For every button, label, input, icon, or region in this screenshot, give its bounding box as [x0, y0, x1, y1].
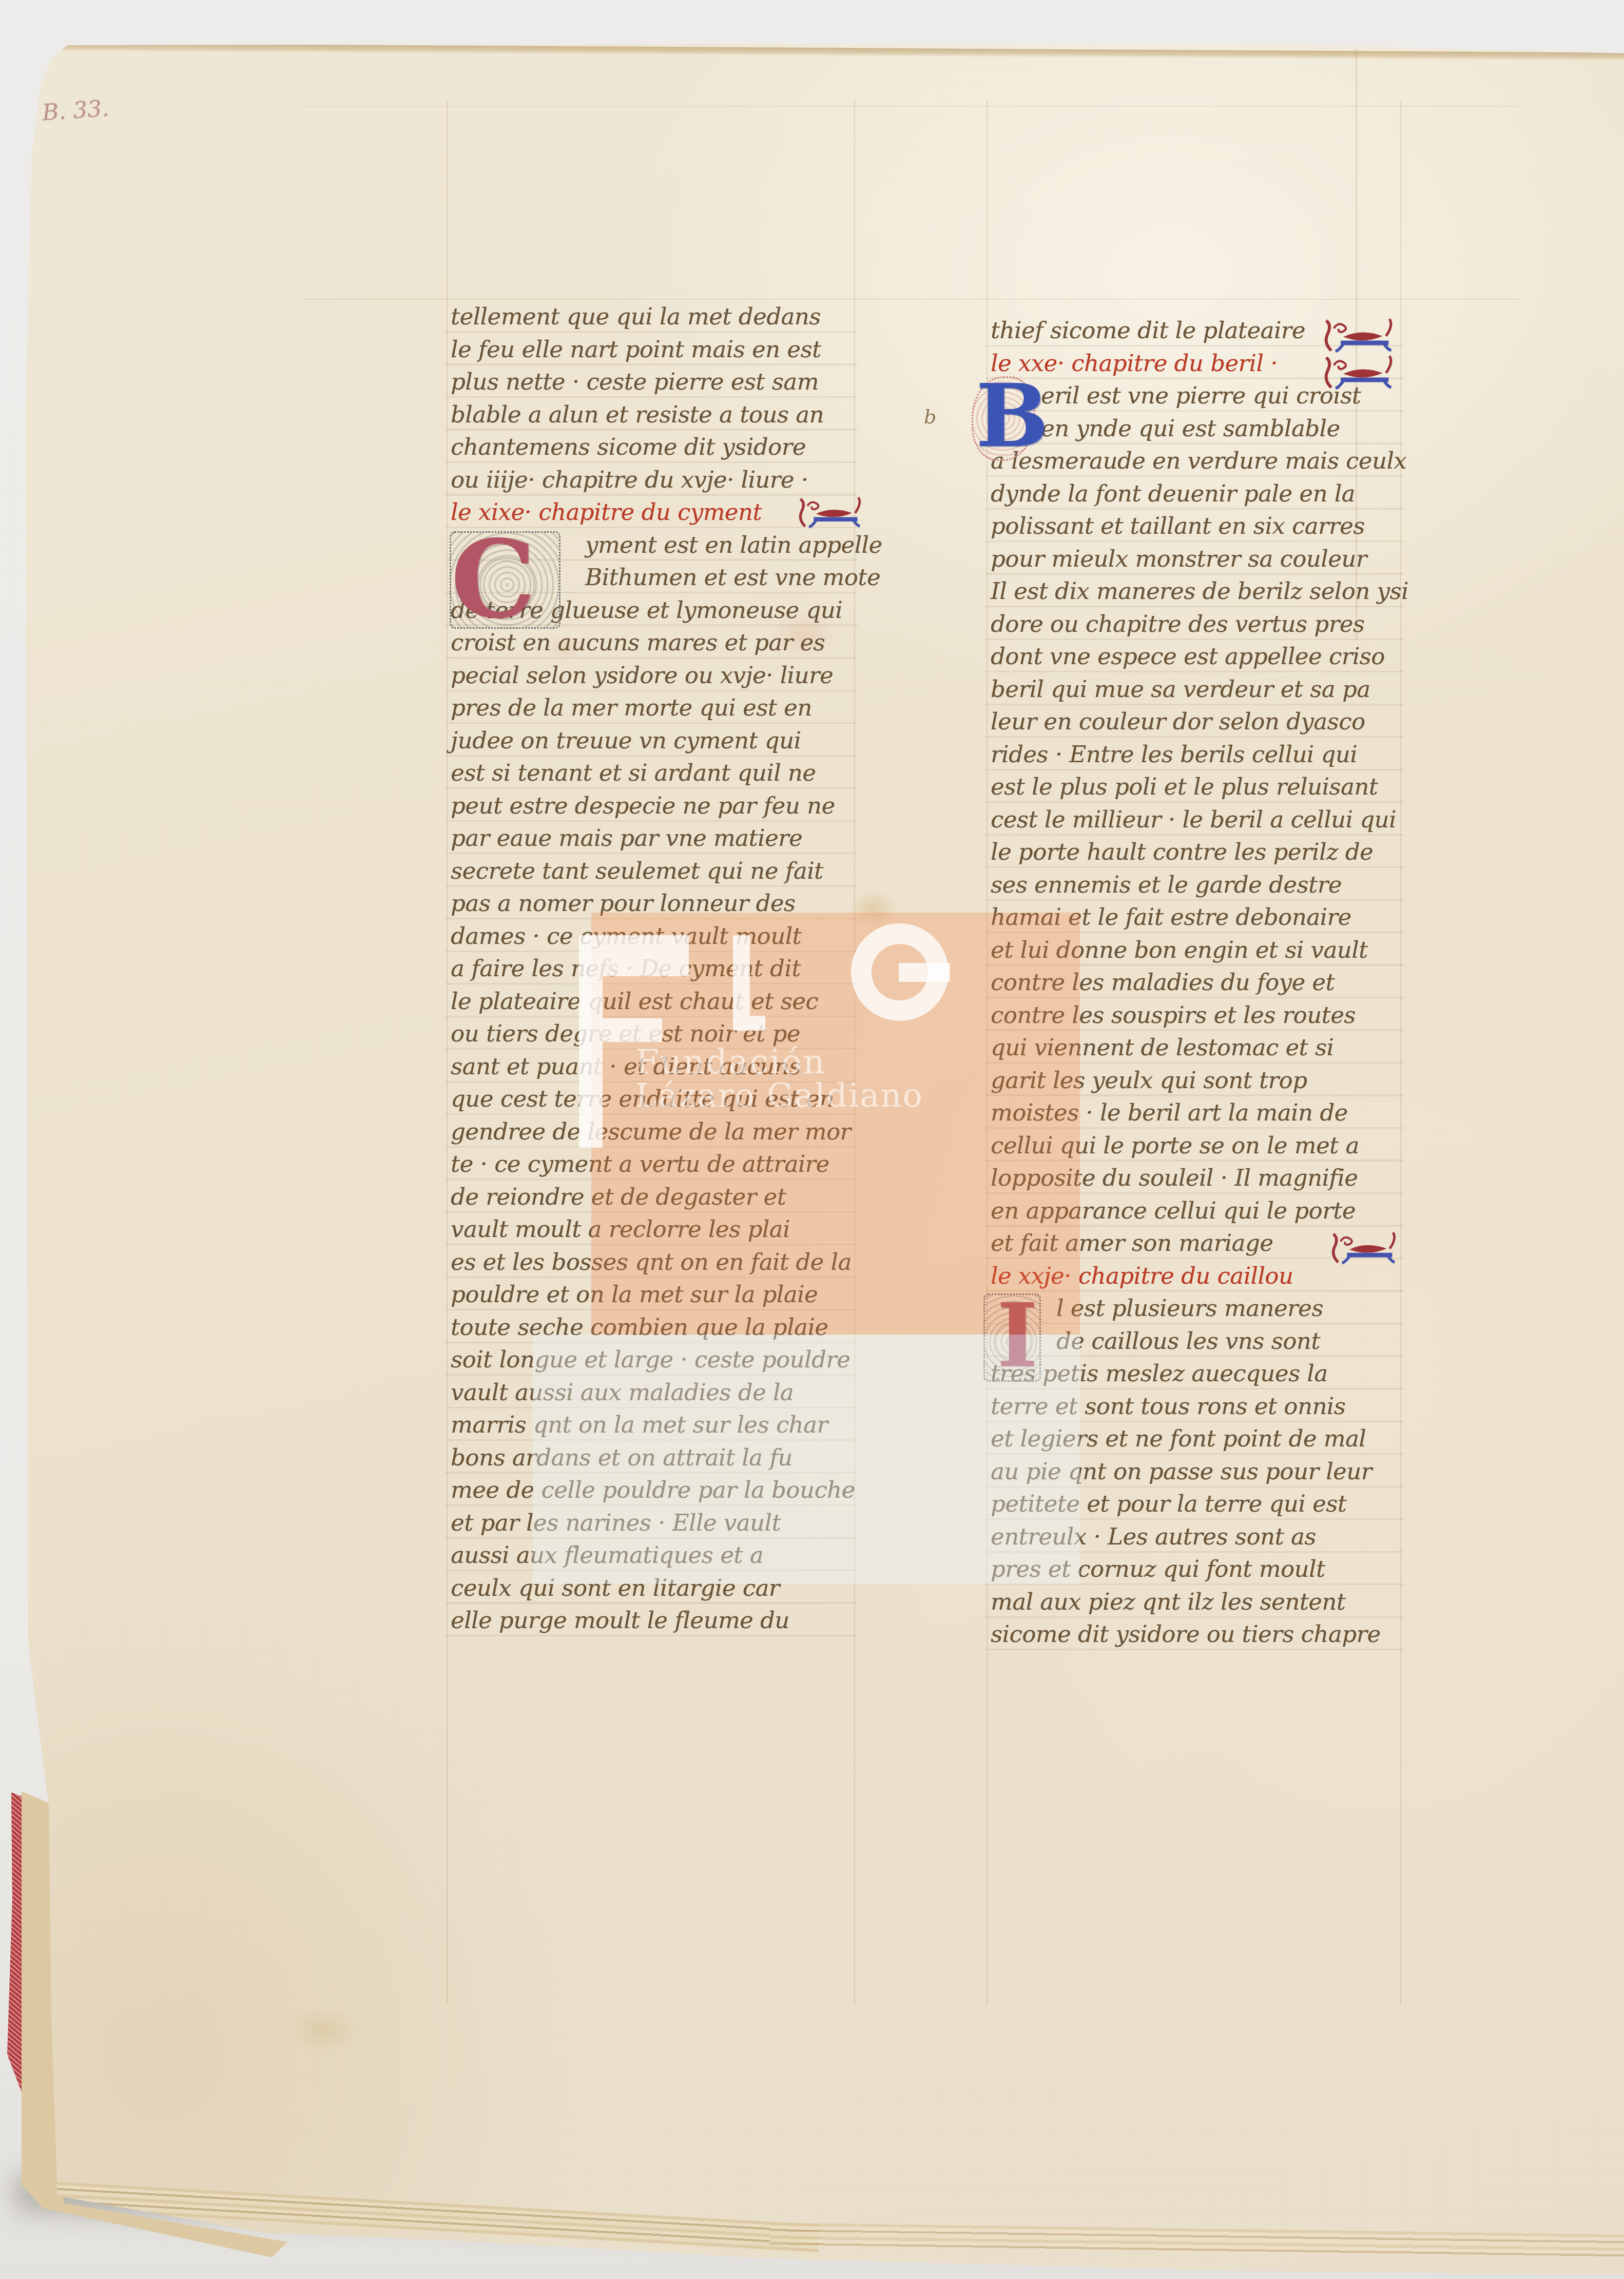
- watermark-text-line1: Fundación: [635, 1042, 826, 1081]
- ruling-line-margin: [303, 106, 1519, 107]
- watermark-letter-G: [850, 917, 953, 1030]
- text-line: tellement que qui la met dedans: [451, 300, 856, 333]
- text-line: dynde la font deuenir pale en la: [991, 477, 1404, 510]
- text-line: mal aux piez qnt ilz les sentent: [991, 1586, 1404, 1618]
- initial-letter: C: [451, 517, 536, 642]
- text-line: judee on treuue vn cyment qui: [451, 724, 856, 757]
- text-line: plus nette · ceste pierre est sam: [451, 365, 856, 398]
- text-line: a lesmeraude en verdure mais ceulx: [991, 445, 1404, 477]
- text-line: leur en couleur dor selon dyasco: [991, 705, 1404, 738]
- text-line: le porte hault contre les perilz de: [991, 836, 1404, 868]
- text-line: pour mieulx monstrer sa couleur: [991, 543, 1404, 575]
- page-edge-stack-left: [24, 62, 46, 1807]
- page-edge-stack-bottom: [50, 2181, 820, 2253]
- illuminated-initial-C: C: [450, 531, 560, 629]
- edge-speck: [2, 1974, 10, 1980]
- text-line: elle purge moult le fleume du: [451, 1604, 856, 1637]
- text-line: beril qui mue sa verdeur et sa pa: [991, 673, 1404, 706]
- text-line: rides · Entre les berils cellui qui: [991, 738, 1404, 771]
- manuscript-page: B. 33. b tellement que qui la met dedans…: [0, 0, 1624, 2279]
- ruling-line-top: [303, 299, 1519, 300]
- text-line: ses ennemis et le garde destre: [991, 868, 1404, 901]
- text-line: blable a alun et resiste a tous an: [451, 398, 856, 431]
- text-line: est si tenant et si ardant quil ne: [451, 757, 856, 789]
- text-line: dore ou chapitre des vertus pres: [991, 608, 1404, 641]
- text-line: par eaue mais par vne matiere: [451, 822, 856, 855]
- text-line: est le plus poli et le plus reluisant: [991, 770, 1404, 803]
- text-line: ou iiije· chapitre du xvje· liure ·: [451, 463, 856, 496]
- line-filler-icon: [1315, 317, 1400, 355]
- text-line: cest le millieur · le beril a cellui qui: [991, 803, 1404, 836]
- parchment-stain: [287, 2007, 359, 2053]
- text-line: polissant et taillant en six carres: [991, 510, 1404, 543]
- line-filler-icon: [796, 496, 862, 531]
- folio-inscription: B. 33.: [41, 95, 110, 126]
- text-line: dont vne espece est appellee criso: [991, 640, 1404, 673]
- text-line: pecial selon ysidore ou xvje· liure: [451, 659, 856, 692]
- guide-letter: b: [924, 405, 936, 428]
- column-ruling-line: [447, 100, 448, 2004]
- watermark-text-line2: Lázaro Galdiano: [635, 1077, 923, 1115]
- watermark-pale-panel: [533, 1335, 1080, 1584]
- line-filler-icon: [1324, 1231, 1401, 1267]
- line-filler-icon: [1315, 354, 1400, 392]
- page-edge-stack-bottom-right: [769, 2223, 1624, 2257]
- text-line: chantemens sicome dit ysidore: [451, 431, 856, 463]
- text-line: le feu elle nart point mais en est: [451, 333, 856, 366]
- text-line: secrete tant seulemet qui ne fait: [451, 855, 856, 887]
- text-line: sicome dit ysidore ou tiers chapre: [991, 1618, 1404, 1651]
- initial-letter: B: [976, 365, 1049, 467]
- photograph-background: B. 33. b tellement que qui la met dedans…: [0, 0, 1624, 2279]
- paragraph: tellement que qui la met dedansle feu el…: [451, 300, 856, 496]
- illuminated-initial-B: B: [972, 376, 1035, 461]
- text-line: en ynde qui est samblable: [991, 412, 1404, 445]
- text-line: pres de la mer morte qui est en: [451, 691, 856, 724]
- text-line: peut estre despecie ne par feu ne: [451, 789, 856, 822]
- page-edge-top: [62, 43, 1624, 61]
- text-line: Il est dix maneres de berilz selon ysi: [991, 575, 1404, 608]
